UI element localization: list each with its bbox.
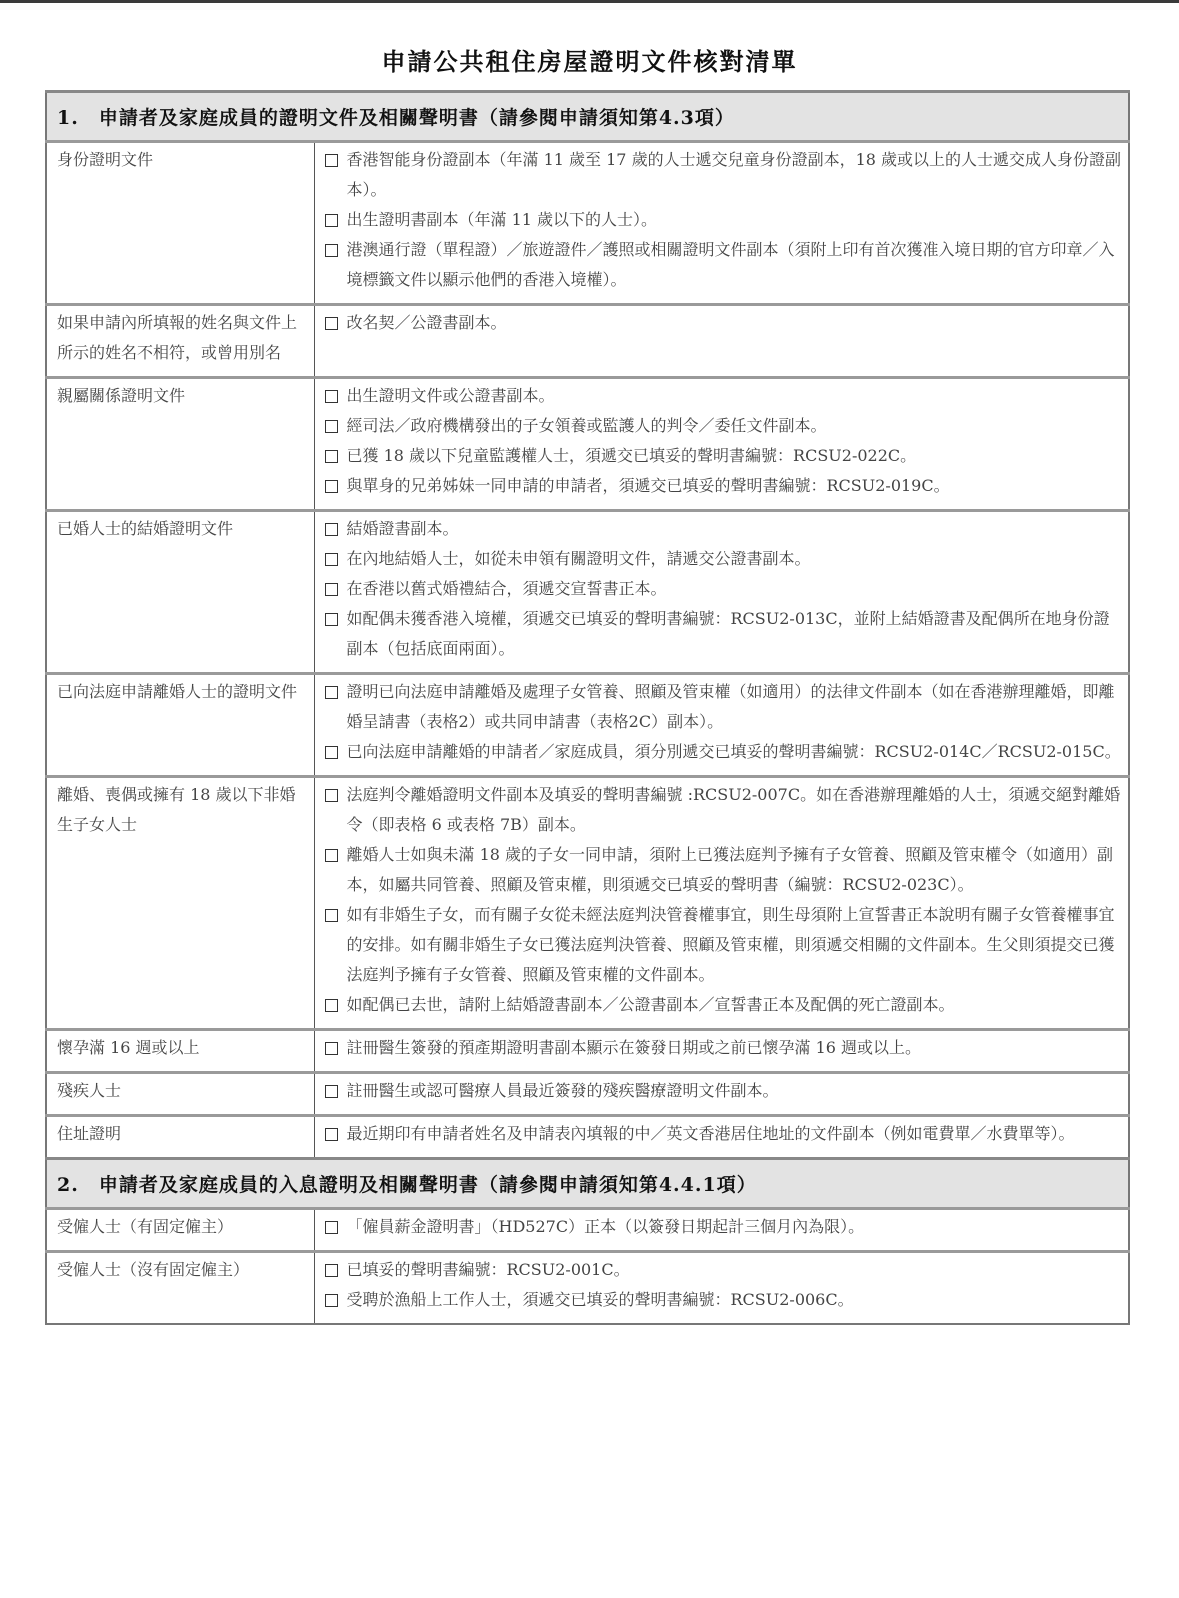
section-heading: 1. 申請者及家庭成員的證明文件及相關聲明書（請參閱申請須知第4.3項） bbox=[46, 92, 1129, 142]
document-category-label: 親屬關係證明文件 bbox=[46, 378, 314, 511]
checkbox-icon[interactable] bbox=[325, 1294, 338, 1307]
checklist-item-text: 與單身的兄弟姊妹一同申請的申請者，須遞交已填妥的聲明書編號：RCSU2-019C… bbox=[347, 471, 1123, 501]
checklist-item: 離婚人士如與未滿 18 歲的子女一同申請，須附上已獲法庭判予擁有子女管養、照顧及… bbox=[325, 840, 1123, 900]
checklist-item: 在香港以舊式婚禮結合，須遞交宣誓書正本。 bbox=[325, 574, 1123, 604]
checklist-item-text: 結婚證書副本。 bbox=[347, 514, 1123, 544]
checkbox-icon[interactable] bbox=[325, 390, 338, 403]
checklist-item-text: 已向法庭申請離婚的申請者／家庭成員，須分別遞交已填妥的聲明書編號：RCSU2-0… bbox=[347, 737, 1123, 767]
document-category-label: 受僱人士（沒有固定僱主） bbox=[46, 1252, 314, 1325]
table-row: 已向法庭申請離婚人士的證明文件證明已向法庭申請離婚及處理子女管養、照顧及管束權（… bbox=[46, 674, 1129, 777]
checklist-table: 1. 申請者及家庭成員的證明文件及相關聲明書（請參閱申請須知第4.3項）身份證明… bbox=[45, 90, 1130, 1325]
checklist-item-text: 港澳通行證（單程證）／旅遊證件／護照或相關證明文件副本（須附上印有首次獲准入境日… bbox=[347, 235, 1123, 295]
table-row: 如果申請內所填報的姓名與文件上所示的姓名不相符，或曾用別名改名契／公證書副本。 bbox=[46, 305, 1129, 378]
table-row: 懷孕滿 16 週或以上註冊醫生簽發的預產期證明書副本顯示在簽發日期或之前已懷孕滿… bbox=[46, 1030, 1129, 1073]
checklist-item: 已向法庭申請離婚的申請者／家庭成員，須分別遞交已填妥的聲明書編號：RCSU2-0… bbox=[325, 737, 1123, 767]
checklist-items: 改名契／公證書副本。 bbox=[314, 305, 1129, 378]
checklist-item: 最近期印有申請者姓名及申請表內填報的中／英文香港居住地址的文件副本（例如電費單／… bbox=[325, 1119, 1123, 1149]
checklist-item-text: 最近期印有申請者姓名及申請表內填報的中／英文香港居住地址的文件副本（例如電費單／… bbox=[347, 1119, 1123, 1149]
section-header: 2. 申請者及家庭成員的入息證明及相關聲明書（請參閱申請須知第4.4.1項） bbox=[46, 1159, 1129, 1209]
checklist-item-text: 如有非婚生子女，而有關子女從未經法庭判決管養權事宜，則生母須附上宣誓書正本說明有… bbox=[347, 900, 1123, 990]
checklist-item-text: 離婚人士如與未滿 18 歲的子女一同申請，須附上已獲法庭判予擁有子女管養、照顧及… bbox=[347, 840, 1123, 900]
checklist-item-text: 香港智能身份證副本（年滿 11 歲至 17 歲的人士遞交兒童身份證副本，18 歲… bbox=[347, 145, 1123, 205]
checklist-item: 與單身的兄弟姊妹一同申請的申請者，須遞交已填妥的聲明書編號：RCSU2-019C… bbox=[325, 471, 1123, 501]
document-category-label: 受僱人士（有固定僱主） bbox=[46, 1209, 314, 1252]
checklist-item: 經司法／政府機構發出的子女領養或監護人的判令／委任文件副本。 bbox=[325, 411, 1123, 441]
document-category-label: 已向法庭申請離婚人士的證明文件 bbox=[46, 674, 314, 777]
checkbox-icon[interactable] bbox=[325, 613, 338, 626]
checkbox-icon[interactable] bbox=[325, 317, 338, 330]
checklist-item: 結婚證書副本。 bbox=[325, 514, 1123, 544]
table-row: 身份證明文件香港智能身份證副本（年滿 11 歲至 17 歲的人士遞交兒童身份證副… bbox=[46, 142, 1129, 305]
checklist-item-text: 在內地結婚人士，如從未申領有關證明文件，請遞交公證書副本。 bbox=[347, 544, 1123, 574]
checklist-item-text: 如配偶已去世，請附上結婚證書副本／公證書副本／宣誓書正本及配偶的死亡證副本。 bbox=[347, 990, 1123, 1020]
checkbox-icon[interactable] bbox=[325, 420, 338, 433]
checklist-item-text: 在香港以舊式婚禮結合，須遞交宣誓書正本。 bbox=[347, 574, 1123, 604]
checklist-item: 已填妥的聲明書編號：RCSU2-001C。 bbox=[325, 1255, 1123, 1285]
checklist-items: 結婚證書副本。在內地結婚人士，如從未申領有關證明文件，請遞交公證書副本。在香港以… bbox=[314, 511, 1129, 674]
checklist-item: 註冊醫生或認可醫療人員最近簽發的殘疾醫療證明文件副本。 bbox=[325, 1076, 1123, 1106]
section-header: 1. 申請者及家庭成員的證明文件及相關聲明書（請參閱申請須知第4.3項） bbox=[46, 92, 1129, 142]
checklist-item-text: 出生證明文件或公證書副本。 bbox=[347, 381, 1123, 411]
checkbox-icon[interactable] bbox=[325, 553, 338, 566]
document-category-label: 住址證明 bbox=[46, 1116, 314, 1159]
checklist-item: 香港智能身份證副本（年滿 11 歲至 17 歲的人士遞交兒童身份證副本，18 歲… bbox=[325, 145, 1123, 205]
document-category-label: 已婚人士的結婚證明文件 bbox=[46, 511, 314, 674]
table-row: 受僱人士（有固定僱主）「僱員薪金證明書」（HD527C）正本（以簽發日期起計三個… bbox=[46, 1209, 1129, 1252]
checklist-item: 法庭判令離婚證明文件副本及填妥的聲明書編號 :RCSU2-007C。如在香港辦理… bbox=[325, 780, 1123, 840]
checkbox-icon[interactable] bbox=[325, 999, 338, 1012]
checklist-item-text: 經司法／政府機構發出的子女領養或監護人的判令／委任文件副本。 bbox=[347, 411, 1123, 441]
checklist-items: 已填妥的聲明書編號：RCSU2-001C。受聘於漁船上工作人士，須遞交已填妥的聲… bbox=[314, 1252, 1129, 1325]
checkbox-icon[interactable] bbox=[325, 746, 338, 759]
checklist-items: 證明已向法庭申請離婚及處理子女管養、照顧及管束權（如適用）的法律文件副本（如在香… bbox=[314, 674, 1129, 777]
checklist-item-text: 已填妥的聲明書編號：RCSU2-001C。 bbox=[347, 1255, 1123, 1285]
checklist-items: 出生證明文件或公證書副本。經司法／政府機構發出的子女領養或監護人的判令／委任文件… bbox=[314, 378, 1129, 511]
checklist-item: 改名契／公證書副本。 bbox=[325, 308, 1123, 338]
checkbox-icon[interactable] bbox=[325, 523, 338, 536]
checklist-item: 如配偶已去世，請附上結婚證書副本／公證書副本／宣誓書正本及配偶的死亡證副本。 bbox=[325, 990, 1123, 1020]
document-category-label: 如果申請內所填報的姓名與文件上所示的姓名不相符，或曾用別名 bbox=[46, 305, 314, 378]
checklist-item: 已獲 18 歲以下兒童監護權人士，須遞交已填妥的聲明書編號：RCSU2-022C… bbox=[325, 441, 1123, 471]
checkbox-icon[interactable] bbox=[325, 244, 338, 257]
checkbox-icon[interactable] bbox=[325, 1042, 338, 1055]
checklist-item-text: 註冊醫生簽發的預產期證明書副本顯示在簽發日期或之前已懷孕滿 16 週或以上。 bbox=[347, 1033, 1123, 1063]
checklist-item-text: 受聘於漁船上工作人士，須遞交已填妥的聲明書編號：RCSU2-006C。 bbox=[347, 1285, 1123, 1315]
checkbox-icon[interactable] bbox=[325, 686, 338, 699]
checkbox-icon[interactable] bbox=[325, 1128, 338, 1141]
checklist-item-text: 如配偶未獲香港入境權，須遞交已填妥的聲明書編號：RCSU2-013C，並附上結婚… bbox=[347, 604, 1123, 664]
checklist-item: 港澳通行證（單程證）／旅遊證件／護照或相關證明文件副本（須附上印有首次獲准入境日… bbox=[325, 235, 1123, 295]
table-row: 親屬關係證明文件出生證明文件或公證書副本。經司法／政府機構發出的子女領養或監護人… bbox=[46, 378, 1129, 511]
table-row: 離婚、喪偶或擁有 18 歲以下非婚生子女人士法庭判令離婚證明文件副本及填妥的聲明… bbox=[46, 777, 1129, 1030]
checklist-item-text: 出生證明書副本（年滿 11 歲以下的人士）。 bbox=[347, 205, 1123, 235]
checklist-items: 最近期印有申請者姓名及申請表內填報的中／英文香港居住地址的文件副本（例如電費單／… bbox=[314, 1116, 1129, 1159]
checkbox-icon[interactable] bbox=[325, 214, 338, 227]
document-category-label: 身份證明文件 bbox=[46, 142, 314, 305]
checkbox-icon[interactable] bbox=[325, 1264, 338, 1277]
checkbox-icon[interactable] bbox=[325, 1221, 338, 1234]
checklist-item-text: 「僱員薪金證明書」（HD527C）正本（以簽發日期起計三個月內為限）。 bbox=[347, 1212, 1123, 1242]
checklist-item-text: 已獲 18 歲以下兒童監護權人士，須遞交已填妥的聲明書編號：RCSU2-022C… bbox=[347, 441, 1123, 471]
checklist-item-text: 改名契／公證書副本。 bbox=[347, 308, 1123, 338]
section-heading: 2. 申請者及家庭成員的入息證明及相關聲明書（請參閱申請須知第4.4.1項） bbox=[46, 1159, 1129, 1209]
checklist-items: 法庭判令離婚證明文件副本及填妥的聲明書編號 :RCSU2-007C。如在香港辦理… bbox=[314, 777, 1129, 1030]
checklist-item: 受聘於漁船上工作人士，須遞交已填妥的聲明書編號：RCSU2-006C。 bbox=[325, 1285, 1123, 1315]
checklist-item: 如有非婚生子女，而有關子女從未經法庭判決管養權事宜，則生母須附上宣誓書正本說明有… bbox=[325, 900, 1123, 990]
table-row: 住址證明最近期印有申請者姓名及申請表內填報的中／英文香港居住地址的文件副本（例如… bbox=[46, 1116, 1129, 1159]
checklist-item: 如配偶未獲香港入境權，須遞交已填妥的聲明書編號：RCSU2-013C，並附上結婚… bbox=[325, 604, 1123, 664]
checklist-item-text: 註冊醫生或認可醫療人員最近簽發的殘疾醫療證明文件副本。 bbox=[347, 1076, 1123, 1106]
checklist-item-text: 法庭判令離婚證明文件副本及填妥的聲明書編號 :RCSU2-007C。如在香港辦理… bbox=[347, 780, 1123, 840]
checklist-items: 「僱員薪金證明書」（HD527C）正本（以簽發日期起計三個月內為限）。 bbox=[314, 1209, 1129, 1252]
document-category-label: 懷孕滿 16 週或以上 bbox=[46, 1030, 314, 1073]
table-row: 殘疾人士註冊醫生或認可醫療人員最近簽發的殘疾醫療證明文件副本。 bbox=[46, 1073, 1129, 1116]
checklist-item: 「僱員薪金證明書」（HD527C）正本（以簽發日期起計三個月內為限）。 bbox=[325, 1212, 1123, 1242]
checklist-items: 註冊醫生簽發的預產期證明書副本顯示在簽發日期或之前已懷孕滿 16 週或以上。 bbox=[314, 1030, 1129, 1073]
table-row: 已婚人士的結婚證明文件結婚證書副本。在內地結婚人士，如從未申領有關證明文件，請遞… bbox=[46, 511, 1129, 674]
checkbox-icon[interactable] bbox=[325, 789, 338, 802]
checklist-item: 出生證明文件或公證書副本。 bbox=[325, 381, 1123, 411]
table-row: 受僱人士（沒有固定僱主）已填妥的聲明書編號：RCSU2-001C。受聘於漁船上工… bbox=[46, 1252, 1129, 1325]
checkbox-icon[interactable] bbox=[325, 480, 338, 493]
top-border bbox=[0, 0, 1179, 3]
checklist-item: 在內地結婚人士，如從未申領有關證明文件，請遞交公證書副本。 bbox=[325, 544, 1123, 574]
document-category-label: 離婚、喪偶或擁有 18 歲以下非婚生子女人士 bbox=[46, 777, 314, 1030]
page-title: 申請公共租住房屋證明文件核對清單 bbox=[0, 42, 1179, 77]
checkbox-icon[interactable] bbox=[325, 154, 338, 167]
checklist-item: 註冊醫生簽發的預產期證明書副本顯示在簽發日期或之前已懷孕滿 16 週或以上。 bbox=[325, 1033, 1123, 1063]
checklist-item-text: 證明已向法庭申請離婚及處理子女管養、照顧及管束權（如適用）的法律文件副本（如在香… bbox=[347, 677, 1123, 737]
checkbox-icon[interactable] bbox=[325, 450, 338, 463]
document-category-label: 殘疾人士 bbox=[46, 1073, 314, 1116]
checklist-items: 註冊醫生或認可醫療人員最近簽發的殘疾醫療證明文件副本。 bbox=[314, 1073, 1129, 1116]
checkbox-icon[interactable] bbox=[325, 1085, 338, 1098]
checklist-item: 證明已向法庭申請離婚及處理子女管養、照顧及管束權（如適用）的法律文件副本（如在香… bbox=[325, 677, 1123, 737]
checklist-item: 出生證明書副本（年滿 11 歲以下的人士）。 bbox=[325, 205, 1123, 235]
checkbox-icon[interactable] bbox=[325, 583, 338, 596]
checkbox-icon[interactable] bbox=[325, 849, 338, 862]
checkbox-icon[interactable] bbox=[325, 909, 338, 922]
checklist-items: 香港智能身份證副本（年滿 11 歲至 17 歲的人士遞交兒童身份證副本，18 歲… bbox=[314, 142, 1129, 305]
